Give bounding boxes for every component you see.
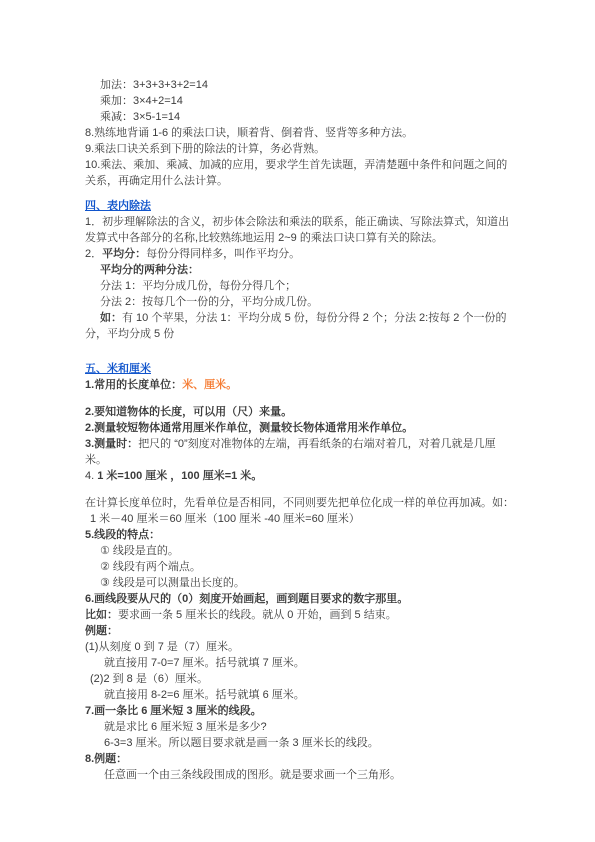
text-run: ② 线段有两个端点。 [100, 561, 201, 573]
doc-line: 10.乘法、乘加、乘减、加减的应用，要求学生首先读题，弄清楚题中条件和问题之间的… [85, 157, 514, 189]
doc-line: 乘加：3×4+2=14 [85, 93, 514, 109]
doc-line: ② 线段有两个端点。 [85, 559, 514, 575]
doc-line: 就直接用 8-2=6 厘米。括号就填 6 厘米。 [85, 687, 514, 703]
text-run: 分法 2：按每几个一份的分，平均分成几份。 [100, 296, 318, 308]
text-run: 要求画一条 5 厘米长的线段。就从 0 开始，画到 5 结束。 [118, 609, 397, 621]
doc-line: 在计算长度单位时，先看单位是否相同，不同则要先把单位化成一样的单位再加减。如： [85, 495, 514, 511]
section-heading: 四、表内除法 [85, 198, 514, 214]
doc-line: 3.测量时：把尺的 “0”刻度对准物体的左端，再看纸条的右端对着几，对着几就是几… [85, 436, 514, 468]
text-run: 平均分的两种分法： [100, 264, 199, 276]
text-run: 把尺的 “0”刻度对准物体的左端，再看纸条的右端对着几，对着几就是几厘米。 [85, 438, 496, 466]
doc-line: ① 线段是直的。 [85, 543, 514, 559]
doc-line: 平均分的两种分法： [85, 262, 514, 278]
document-page: 加法：3+3+3+3+2=14乘加：3×4+2=14乘减：3×5-1=148.熟… [0, 0, 595, 842]
text-run: 平均分： [102, 248, 146, 260]
text-run: 2． [85, 248, 102, 260]
text-run: 2.测量较短物体通常用厘米作单位，测量较长物体通常用米作单位。 [85, 422, 413, 434]
text-run: 1.常用的长度单位： [85, 379, 182, 391]
doc-line: 任意画一个由三条线段围成的图形。就是要求画一个三角形。 [85, 767, 514, 783]
text-run: 1 米=100 厘米 ，100 厘米=1 米。 [97, 470, 262, 482]
text-run: 9.乘法口诀关系到下册的除法的计算，务必背熟。 [85, 143, 325, 155]
doc-line: 分法 2：按每几个一份的分，平均分成几份。 [85, 294, 514, 310]
text-run: 任意画一个由三条线段围成的图形。就是要求画一个三角形。 [104, 769, 401, 781]
text-run: 乘减：3×5-1=14 [100, 111, 180, 123]
text-run: 8.熟练地背诵 1-6 的乘法口诀，顺着背、倒着背、竖背等多种方法。 [85, 127, 413, 139]
paragraph-spacer [85, 484, 514, 495]
paragraph-spacer [85, 342, 514, 361]
doc-line: 如：有 10 个苹果，分法 1：平均分成 5 份，每份分得 2 个；分法 2:按… [85, 310, 514, 342]
doc-line: 5.线段的特点： [85, 527, 514, 543]
text-run: 就直接用 7-0=7 厘米。括号就填 7 厘米。 [104, 657, 305, 669]
doc-line: 分法 1：平均分成几份，每份分得几个； [85, 278, 514, 294]
doc-line: 8.例题： [85, 751, 514, 767]
doc-line: 1.常用的长度单位：米、厘米。 [85, 377, 514, 393]
doc-line: 4. 1 米=100 厘米 ，100 厘米=1 米。 [85, 468, 514, 484]
doc-line: 1．初步理解除法的含义，初步体会除法和乘法的联系，能正确读、写除法算式，知道出发… [85, 214, 514, 246]
text-run: 10.乘法、乘加、乘减、加减的应用，要求学生首先读题，弄清楚题中条件和问题之间的… [85, 159, 507, 187]
doc-line: 例题： [85, 623, 514, 639]
text-run: 6.画线段要从尺的（0）刻度开始画起，画到题目要求的数字那里。 [85, 593, 408, 605]
text-run: 米、厘米。 [182, 379, 237, 391]
text-run: 在计算长度单位时，先看单位是否相同，不同则要先把单位化成一样的单位再加减。如： [85, 497, 514, 509]
text-run: 就是求比 6 厘米短 3 厘米是多少? [104, 721, 267, 733]
doc-line: 6.画线段要从尺的（0）刻度开始画起，画到题目要求的数字那里。 [85, 591, 514, 607]
text-run: (1)从刻度 0 到 7 是（7）厘米。 [85, 641, 239, 653]
doc-line: 就直接用 7-0=7 厘米。括号就填 7 厘米。 [85, 655, 514, 671]
doc-line: 8.熟练地背诵 1-6 的乘法口诀，顺着背、倒着背、竖背等多种方法。 [85, 125, 514, 141]
paragraph-spacer [85, 393, 514, 404]
doc-line: 2．平均分：每份分得同样多，叫作平均分。 [85, 246, 514, 262]
doc-line: (2)2 到 8 是（6）厘米。 [85, 671, 514, 687]
doc-line: 乘减：3×5-1=14 [85, 109, 514, 125]
text-run: 1 米－40 厘米＝60 厘米（100 厘米 -40 厘米=60 厘米） [90, 513, 360, 525]
text-run: 3.测量时： [85, 438, 138, 450]
doc-line: 就是求比 6 厘米短 3 厘米是多少? [85, 719, 514, 735]
text-run: 加法：3+3+3+3+2=14 [100, 79, 208, 91]
doc-line: 比如：要求画一条 5 厘米长的线段。就从 0 开始，画到 5 结束。 [85, 607, 514, 623]
text-run: 6-3=3 厘米。所以题目要求就是画一条 3 厘米长的线段。 [104, 737, 379, 749]
doc-line: 9.乘法口诀关系到下册的除法的计算，务必背熟。 [85, 141, 514, 157]
text-run: 分法 1：平均分成几份，每份分得几个； [100, 280, 296, 292]
text-run: ③ 线段是可以测量出长度的。 [100, 577, 245, 589]
doc-line: 6-3=3 厘米。所以题目要求就是画一条 3 厘米长的线段。 [85, 735, 514, 751]
paragraph-spacer [85, 189, 514, 198]
text-run: 每份分得同样多，叫作平均分。 [146, 248, 300, 260]
doc-line: 加法：3+3+3+3+2=14 [85, 77, 514, 93]
text-run: (2)2 到 8 是（6）厘米。 [90, 673, 208, 685]
doc-line: 2.要知道物体的长度，可以用（尺）来量。 [85, 404, 514, 420]
text-run: 如： [100, 312, 122, 324]
doc-line: ③ 线段是可以测量出长度的。 [85, 575, 514, 591]
section-heading: 五、米和厘米 [85, 361, 514, 377]
text-run: 8.例题： [85, 753, 127, 765]
text-run: 7.画一条比 6 厘米短 3 厘米的线段。 [85, 705, 262, 717]
text-run: 5.线段的特点： [85, 529, 160, 541]
text-run: 1．初步理解除法的含义，初步体会除法和乘法的联系，能正确读、写除法算式，知道出发… [85, 216, 509, 244]
text-run: ① 线段是直的。 [100, 545, 179, 557]
doc-line: 2.测量较短物体通常用厘米作单位，测量较长物体通常用米作单位。 [85, 420, 514, 436]
document-body: 加法：3+3+3+3+2=14乘加：3×4+2=14乘减：3×5-1=148.熟… [85, 77, 514, 783]
doc-line: 1 米－40 厘米＝60 厘米（100 厘米 -40 厘米=60 厘米） [85, 511, 514, 527]
doc-line: 7.画一条比 6 厘米短 3 厘米的线段。 [85, 703, 514, 719]
text-run: 比如： [85, 609, 118, 621]
doc-line: (1)从刻度 0 到 7 是（7）厘米。 [85, 639, 514, 655]
text-run: 2.要知道物体的长度，可以用（尺）来量。 [85, 406, 292, 418]
text-run: 例题： [85, 625, 118, 637]
text-run: 乘加：3×4+2=14 [100, 95, 183, 107]
text-run: 就直接用 8-2=6 厘米。括号就填 6 厘米。 [104, 689, 305, 701]
text-run: 有 10 个苹果，分法 1：平均分成 5 份，每份分得 2 个；分法 2:按每 … [85, 312, 506, 340]
text-run: 4. [85, 470, 97, 482]
